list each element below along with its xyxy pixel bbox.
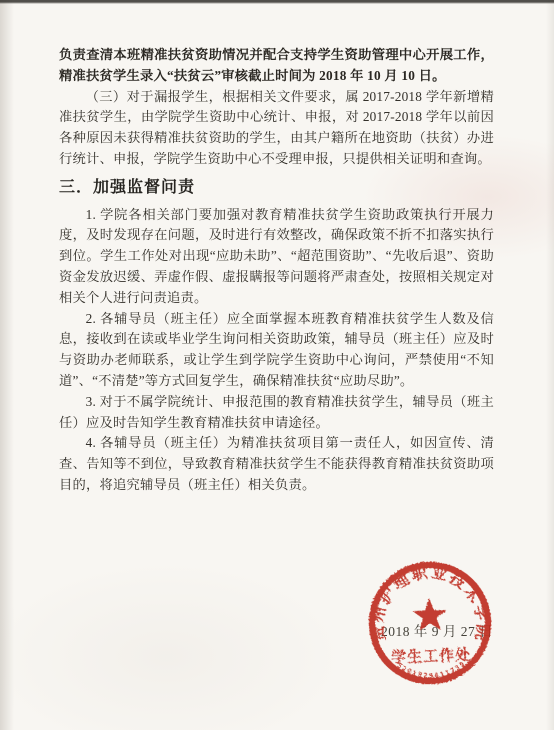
section-heading-supervision: 三．加强监督问责 [59, 178, 494, 199]
paragraph-item-3-missed-report: （三）对于漏报学生，根据相关文件要求，属 2017-2018 学年新增精准扶贫学… [59, 87, 494, 170]
official-seal: 贵州护理职业技术学院 学生工作处 5201829011739 [362, 555, 499, 692]
paragraph-rule-2: 2. 各辅导员（班主任）应全面掌握本班教育精准扶贫学生人数及信息，接收到在读或毕… [59, 309, 494, 392]
paragraph-rule-3: 3. 对于不属学院统计、申报范围的教育精准扶贫学生，辅导员（班主任）应及时告知学… [59, 392, 494, 434]
scanned-document-page: 负责查清本班精准扶贫资助情况并配合支持学生资助管理中心开展工作，精准扶贫学生录入… [0, 0, 554, 730]
paragraph-deadline-notice: 负责查清本班精准扶贫资助情况并配合支持学生资助管理中心开展工作，精准扶贫学生录入… [59, 45, 494, 87]
paragraph-rule-1: 1. 学院各相关部门要加强对教育精准扶贫学生资助政策执行开展力度，及时发现存在问… [59, 205, 494, 309]
paragraph-rule-4: 4. 各辅导员（班主任）为精准扶贫项目第一责任人，如因宣传、清查、告知等不到位，… [59, 433, 494, 495]
document-body: 负责查清本班精准扶贫资助情况并配合支持学生资助管理中心开展工作，精准扶贫学生录入… [59, 45, 494, 496]
seal-star-icon [412, 597, 447, 631]
